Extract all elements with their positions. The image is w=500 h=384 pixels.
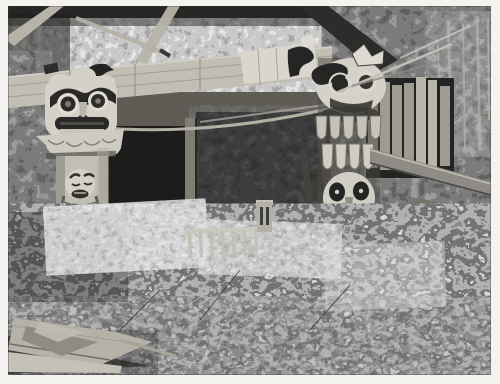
photograph [0,0,500,384]
film-grain [8,6,491,375]
